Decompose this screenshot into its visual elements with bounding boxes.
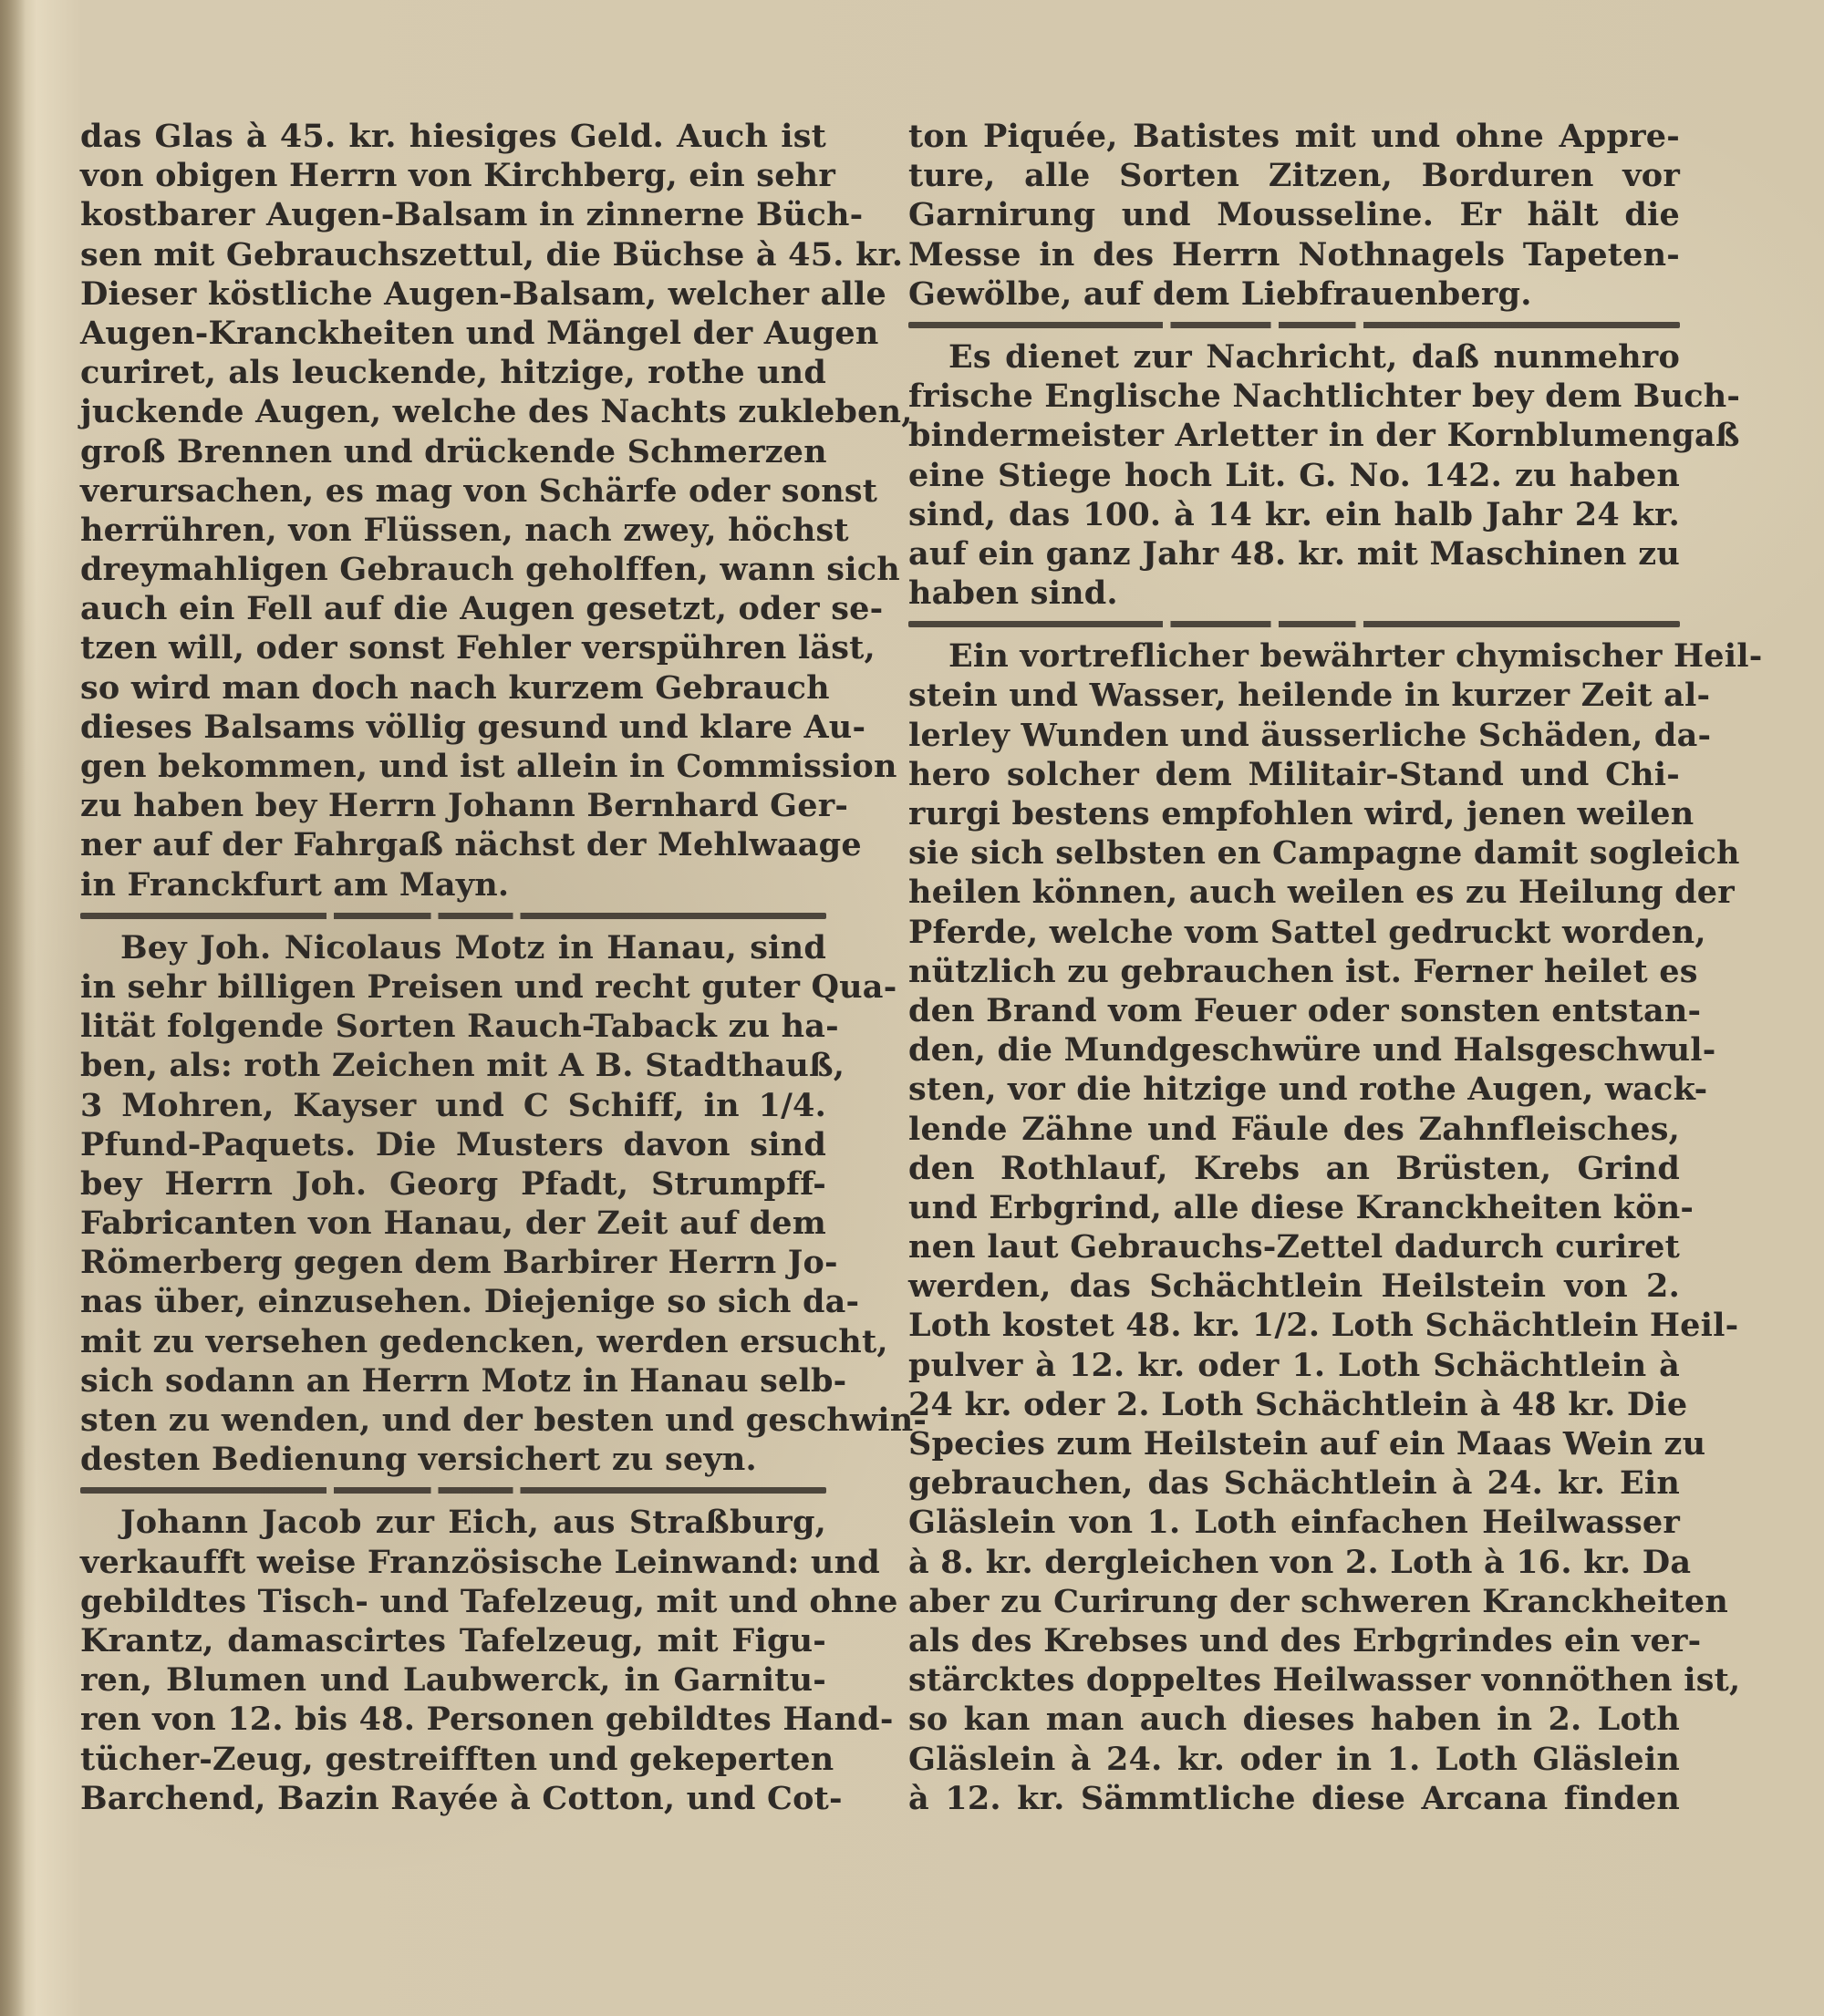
article-separator-rule — [908, 322, 1680, 328]
text-line: verursachen, es mag von Schärfe oder son… — [80, 471, 826, 511]
text-line: Gewölbe, auf dem Liebfrauenberg. — [908, 274, 1680, 314]
article-rauch-taback: Bey Joh. Nicolaus Motz in Hanau, sindin … — [80, 928, 826, 1480]
text-line: Fabricanten von Hanau, der Zeit auf dem — [80, 1204, 826, 1243]
text-line: Loth kostet 48. kr. 1/2. Loth Schächtlei… — [908, 1306, 1680, 1345]
text-line: pulver à 12. kr. oder 1. Loth Schächtlei… — [908, 1346, 1680, 1385]
text-line: lität folgende Sorten Rauch-Taback zu ha… — [80, 1007, 826, 1046]
text-line: sie sich selbsten en Campagne damit sogl… — [908, 833, 1680, 873]
article-augen-balsam: das Glas à 45. kr. hiesiges Geld. Auch i… — [80, 117, 826, 905]
text-line: desten Bedienung versichert zu seyn. — [80, 1440, 826, 1479]
text-line: heilen können, auch weilen es zu Heilung… — [908, 873, 1680, 912]
article-leinwand: Johann Jacob zur Eich, aus Straßburg,ver… — [80, 1503, 826, 1818]
text-line: das Glas à 45. kr. hiesiges Geld. Auch i… — [80, 117, 826, 156]
text-line: Römerberg gegen dem Barbirer Herrn Jo- — [80, 1243, 826, 1282]
text-line: Augen-Kranckheiten und Mängel der Augen — [80, 314, 826, 353]
text-line: bindermeister Arletter in der Kornblumen… — [908, 416, 1680, 455]
text-line: lerley Wunden und äusserliche Schäden, d… — [908, 716, 1680, 755]
right-column: ton Piquée, Batistes mit und ohne Appre-… — [908, 117, 1680, 1818]
text-line: rurgi bestens empfohlen wird, jenen weil… — [908, 794, 1680, 833]
text-line: sind, das 100. à 14 kr. ein halb Jahr 24… — [908, 495, 1680, 534]
text-line: eine Stiege hoch Lit. G. No. 142. zu hab… — [908, 456, 1680, 495]
text-line: gen bekommen, und ist allein in Commissi… — [80, 747, 826, 786]
text-line: in sehr billigen Preisen und recht guter… — [80, 967, 826, 1007]
text-line: zu haben bey Herrn Johann Bernhard Ger- — [80, 786, 826, 825]
text-line: hero solcher dem Militair-Stand und Chi- — [908, 755, 1680, 794]
text-line: in Franckfurt am Mayn. — [80, 865, 826, 905]
text-line: Garnirung und Mousseline. Er hält die — [908, 195, 1680, 234]
text-line: 24 kr. oder 2. Loth Schächtlein à 48 kr.… — [908, 1385, 1680, 1424]
left-column: das Glas à 45. kr. hiesiges Geld. Auch i… — [80, 117, 826, 1818]
text-line: tücher-Zeug, gestreifften und gekeperten — [80, 1740, 826, 1779]
text-line: auch ein Fell auf die Augen gesetzt, ode… — [80, 589, 826, 628]
text-line: sten, vor die hitzige und rothe Augen, w… — [908, 1070, 1680, 1109]
text-line: Species zum Heilstein auf ein Maas Wein … — [908, 1424, 1680, 1463]
text-line: gebrauchen, das Schächtlein à 24. kr. Ei… — [908, 1463, 1680, 1503]
text-line: ton Piquée, Batistes mit und ohne Appre- — [908, 117, 1680, 156]
text-line: Ein vortreflicher bewährter chymischer H… — [908, 636, 1680, 676]
text-line: haben sind. — [908, 574, 1680, 613]
text-line: Pfund-Paquets. Die Musters davon sind — [80, 1125, 826, 1164]
text-line: juckende Augen, welche des Nachts zukleb… — [80, 392, 826, 431]
article-separator-rule — [80, 1487, 826, 1494]
text-line: Dieser köstliche Augen-Balsam, welcher a… — [80, 274, 826, 314]
text-line: curiret, als leuckende, hitzige, rothe u… — [80, 353, 826, 392]
text-line: frische Englische Nachtlichter bey dem B… — [908, 377, 1680, 416]
text-line: verkaufft weise Französische Leinwand: u… — [80, 1543, 826, 1582]
text-line: kostbarer Augen-Balsam in zinnerne Büch- — [80, 195, 826, 234]
text-line: Gläslein à 24. kr. oder in 1. Loth Gläsl… — [908, 1740, 1680, 1779]
text-line: werden, das Schächtlein Heilstein von 2. — [908, 1266, 1680, 1306]
text-line: so wird man doch nach kurzem Gebrauch — [80, 668, 826, 708]
text-line: Es dienet zur Nachricht, daß nunmehro — [908, 337, 1680, 377]
text-line: Pferde, welche vom Sattel gedruckt worde… — [908, 913, 1680, 952]
text-line: ben, als: roth Zeichen mit A B. Stadthau… — [80, 1046, 826, 1085]
article-heilstein: Ein vortreflicher bewährter chymischer H… — [908, 636, 1680, 1818]
text-line: den Brand vom Feuer oder sonsten entstan… — [908, 991, 1680, 1030]
text-line: von obigen Herrn von Kirchberg, ein sehr — [80, 156, 826, 195]
text-line: groß Brennen und drückende Schmerzen — [80, 432, 826, 471]
text-line: ner auf der Fahrgaß nächst der Mehlwaage — [80, 825, 826, 864]
article-nachtlichter: Es dienet zur Nachricht, daß nunmehrofri… — [908, 337, 1680, 613]
text-line: Gläslein von 1. Loth einfachen Heilwasse… — [908, 1503, 1680, 1542]
text-line: 3 Mohren, Kayser und C Schiff, in 1/4. — [80, 1086, 826, 1125]
text-line: auf ein ganz Jahr 48. kr. mit Maschinen … — [908, 534, 1680, 574]
text-line: Johann Jacob zur Eich, aus Straßburg, — [80, 1503, 826, 1542]
text-line: den, die Mundgeschwüre und Halsgeschwul- — [908, 1030, 1680, 1070]
text-line: tzen will, oder sonst Fehler verspühren … — [80, 628, 826, 667]
text-line: nas über, einzusehen. Diejenige so sich … — [80, 1282, 826, 1321]
text-line: sich sodann an Herrn Motz in Hanau selb- — [80, 1361, 826, 1401]
newspaper-page: das Glas à 45. kr. hiesiges Geld. Auch i… — [0, 0, 1824, 2016]
text-line: aber zu Curirung der schweren Kranckheit… — [908, 1582, 1680, 1621]
text-line: Bey Joh. Nicolaus Motz in Hanau, sind — [80, 928, 826, 967]
text-line: gebildtes Tisch- und Tafelzeug, mit und … — [80, 1582, 826, 1621]
text-line: so kan man auch dieses haben in 2. Loth — [908, 1700, 1680, 1739]
text-line: herrühren, von Flüssen, nach zwey, höchs… — [80, 511, 826, 550]
article-separator-rule — [80, 913, 826, 919]
text-line: und Erbgrind, alle diese Kranckheiten kö… — [908, 1188, 1680, 1227]
text-line: dieses Balsams völlig gesund und klare A… — [80, 708, 826, 747]
text-line: sen mit Gebrauchszettul, die Büchse à 45… — [80, 235, 826, 274]
text-line: ren, Blumen und Laubwerck, in Garnitu- — [80, 1660, 826, 1700]
text-line: Krantz, damascirtes Tafelzeug, mit Figu- — [80, 1621, 826, 1660]
article-separator-rule — [908, 621, 1680, 627]
text-line: ture, alle Sorten Zitzen, Borduren vor — [908, 156, 1680, 195]
text-line: ren von 12. bis 48. Personen gebildtes H… — [80, 1700, 826, 1739]
text-line: sten zu wenden, und der besten und gesch… — [80, 1401, 826, 1440]
text-line: à 12. kr. Sämmtliche diese Arcana finden — [908, 1779, 1680, 1818]
text-line: mit zu versehen gedencken, werden ersuch… — [80, 1322, 826, 1361]
text-line: à 8. kr. dergleichen von 2. Loth à 16. k… — [908, 1543, 1680, 1582]
text-line: bey Herrn Joh. Georg Pfadt, Strumpff- — [80, 1164, 826, 1204]
text-line: nützlich zu gebrauchen ist. Ferner heile… — [908, 952, 1680, 991]
text-line: nen laut Gebrauchs-Zettel dadurch curire… — [908, 1227, 1680, 1266]
text-line: Messe in des Herrn Nothnagels Tapeten- — [908, 235, 1680, 274]
text-line: stein und Wasser, heilende in kurzer Zei… — [908, 676, 1680, 715]
text-line: Barchend, Bazin Rayée à Cotton, und Cot- — [80, 1779, 826, 1818]
text-line: den Rothlauf, Krebs an Brüsten, Grind — [908, 1149, 1680, 1188]
text-line: dreymahligen Gebrauch geholffen, wann si… — [80, 550, 826, 589]
text-line: als des Krebses und des Erbgrindes ein v… — [908, 1621, 1680, 1660]
text-line: lende Zähne und Fäule des Zahnfleisches, — [908, 1110, 1680, 1149]
text-line: stärcktes doppeltes Heilwasser vonnöthen… — [908, 1660, 1680, 1700]
article-leinwand-continued: ton Piquée, Batistes mit und ohne Appre-… — [908, 117, 1680, 314]
